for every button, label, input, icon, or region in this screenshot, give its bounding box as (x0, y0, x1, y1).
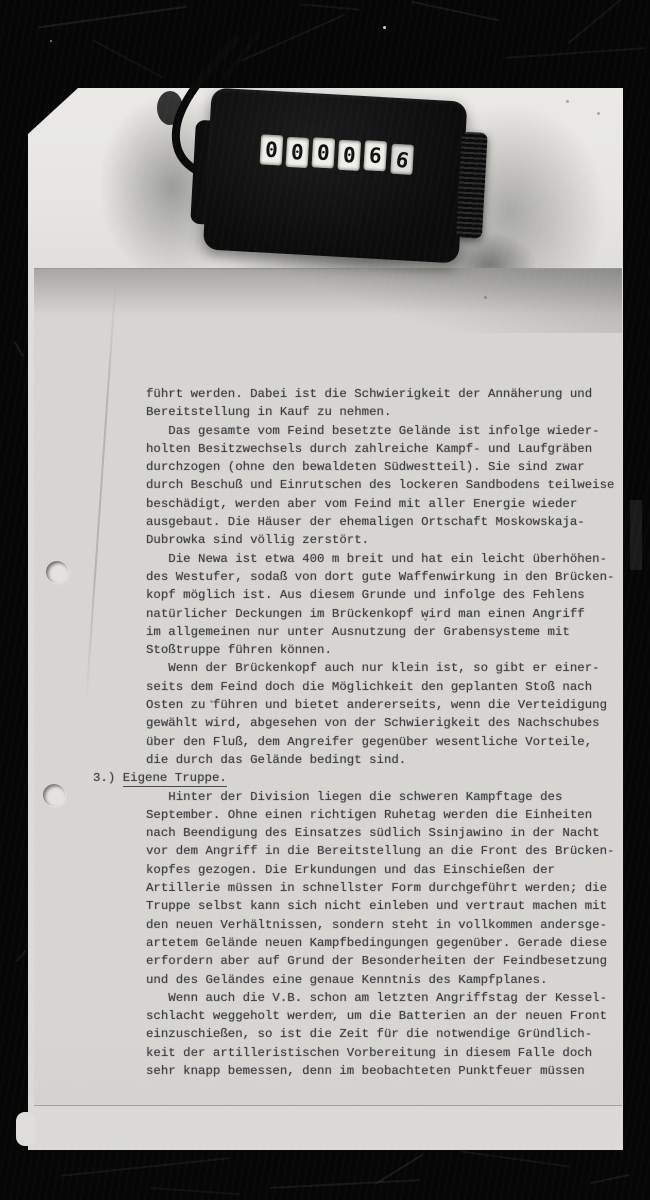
film-scratch (14, 341, 24, 357)
text-line: kopf möglich ist. Aus diesem Grunde und … (146, 586, 614, 604)
counter-digit-window: 0 (286, 137, 310, 168)
section-title: Eigene Truppe. (123, 771, 227, 787)
film-scratch (16, 950, 26, 962)
film-scratch (460, 1150, 569, 1167)
text-line: Bereitstellung in Kauf zu nehmen. (146, 403, 614, 421)
counter-digit: 0 (290, 140, 304, 165)
text-line: den neuen Verhältnissen, sondern steht i… (146, 916, 614, 934)
text-line: und des Geländes eine genaue Kenntnis de… (146, 971, 614, 989)
text-line: Die Newa ist etwa 400 m breit und hat ei… (146, 550, 614, 568)
film-speck (50, 40, 52, 42)
text-line: die durch das Gelände bedingt sind. (146, 751, 614, 769)
counter-digit: 6 (393, 147, 410, 173)
counter-device: 000066 (188, 84, 497, 272)
text-line: schlacht weggeholt werden, um die Batter… (146, 1007, 614, 1025)
text-line: natürlicher Deckungen im Brückenkopf wir… (146, 605, 614, 623)
counter-digit: 0 (342, 143, 356, 168)
text-line: Osten zu führen und bietet andererseits,… (146, 696, 614, 714)
text-line: über den Fluß, dem Angreifer gegenüber w… (146, 733, 614, 751)
text-line: nach Beendigung des Einsatzes südlich Ss… (146, 824, 614, 842)
text-line: einzuschießen, so ist die Zeit für die n… (146, 1025, 614, 1043)
text-line: sehr knapp bemessen, denn im beobachtete… (146, 1062, 614, 1080)
text-block: führt werden. Dabei ist die Schwierigkei… (146, 385, 614, 1080)
counter-digit: 0 (264, 138, 278, 163)
film-scratch (505, 47, 645, 58)
text-line: beschädigt, werden aber vom Feind mit al… (146, 495, 614, 513)
dust-speck (597, 112, 600, 115)
counter-digit-window: 6 (363, 140, 387, 171)
counter-body (203, 88, 468, 264)
card-edge-bump (16, 1112, 36, 1146)
film-scratch (590, 1174, 629, 1184)
counter-digit-window: 0 (312, 137, 336, 168)
dust-speck (484, 296, 487, 299)
text-line: Wenn auch die V.B. schon am letzten Angr… (146, 989, 614, 1007)
text-line: führt werden. Dabei ist die Schwierigkei… (146, 385, 614, 403)
counter-digit: 6 (368, 143, 382, 168)
film-speck (383, 26, 386, 29)
text-line: erfordern aber auf Grund der Besonderhei… (146, 952, 614, 970)
counter-digit-window: 0 (337, 140, 361, 171)
punch-hole-bottom (43, 784, 65, 806)
dust-speck (566, 100, 569, 103)
film-scratch (411, 1, 499, 21)
dust-speck (424, 618, 427, 621)
counter-digit-window: 0 (260, 134, 284, 165)
film-scratch (39, 6, 188, 28)
text-line: keit der artilleristischen Vorbereitung … (146, 1044, 614, 1062)
text-line: kopfes gezogen. Die Erkundungen und das … (146, 861, 614, 879)
microfilm-frame: 000066 führt werden. Dabei ist die Schwi… (0, 0, 650, 1200)
punch-hole-top (46, 561, 68, 583)
text-line: Stoßtruppe führen können. (146, 641, 614, 659)
text-line: Artillerie müssen in schnellster Form du… (146, 879, 614, 897)
counter-digit: 0 (316, 141, 330, 166)
dust-speck (557, 938, 560, 941)
film-edge-patch (630, 500, 642, 570)
film-scratch (300, 3, 360, 10)
text-line: seits dem Feind doch die Möglichkeit den… (146, 678, 614, 696)
text-line: Wenn der Brückenkopf auch nur klein ist,… (146, 659, 614, 677)
text-line: artetem Gelände neuen Kampfbedingungen g… (146, 934, 614, 952)
text-line: durchzogen (ohne den bewaldeten Südwestt… (146, 458, 614, 476)
film-scratch (60, 1157, 229, 1176)
text-line: holten Besitzwechsels durch zahlreiche K… (146, 440, 614, 458)
section-heading: 3.) Eigene Truppe. (93, 769, 614, 787)
text-line: Das gesamte vom Feind besetzte Gelände i… (146, 422, 614, 440)
text-line: des Westufer, sodaß von dort gute Waffen… (146, 568, 614, 586)
section-number: 3.) (93, 771, 115, 785)
text-line: Dubrowka sind völlig zerstört. (146, 531, 614, 549)
film-scratch (270, 1179, 420, 1188)
dust-speck (210, 700, 213, 703)
page-top-shading (292, 269, 622, 333)
dust-speck (331, 1012, 334, 1015)
text-line: durch Beschuß und Einrutschen des locker… (146, 476, 614, 494)
text-line: ausgebaut. Die Häuser der ehemaligen Ort… (146, 513, 614, 531)
film-scratch (150, 1187, 240, 1195)
film-scratch (568, 0, 623, 44)
text-line: September. Ohne einen richtigen Ruhetag … (146, 806, 614, 824)
text-line: vor dem Angriff in die Bereitstellung an… (146, 842, 614, 860)
text-line: Hinter der Division liegen die schweren … (146, 788, 614, 806)
text-line: Truppe selbst kann sich nicht einleben u… (146, 897, 614, 915)
text-line: im allgemeinen nur unter Ausnutzung der … (146, 623, 614, 641)
counter-thumbwheel (456, 132, 488, 239)
text-line: gewählt wird, abgesehen von der Schwieri… (146, 714, 614, 732)
counter-digit-window: 6 (390, 144, 414, 175)
